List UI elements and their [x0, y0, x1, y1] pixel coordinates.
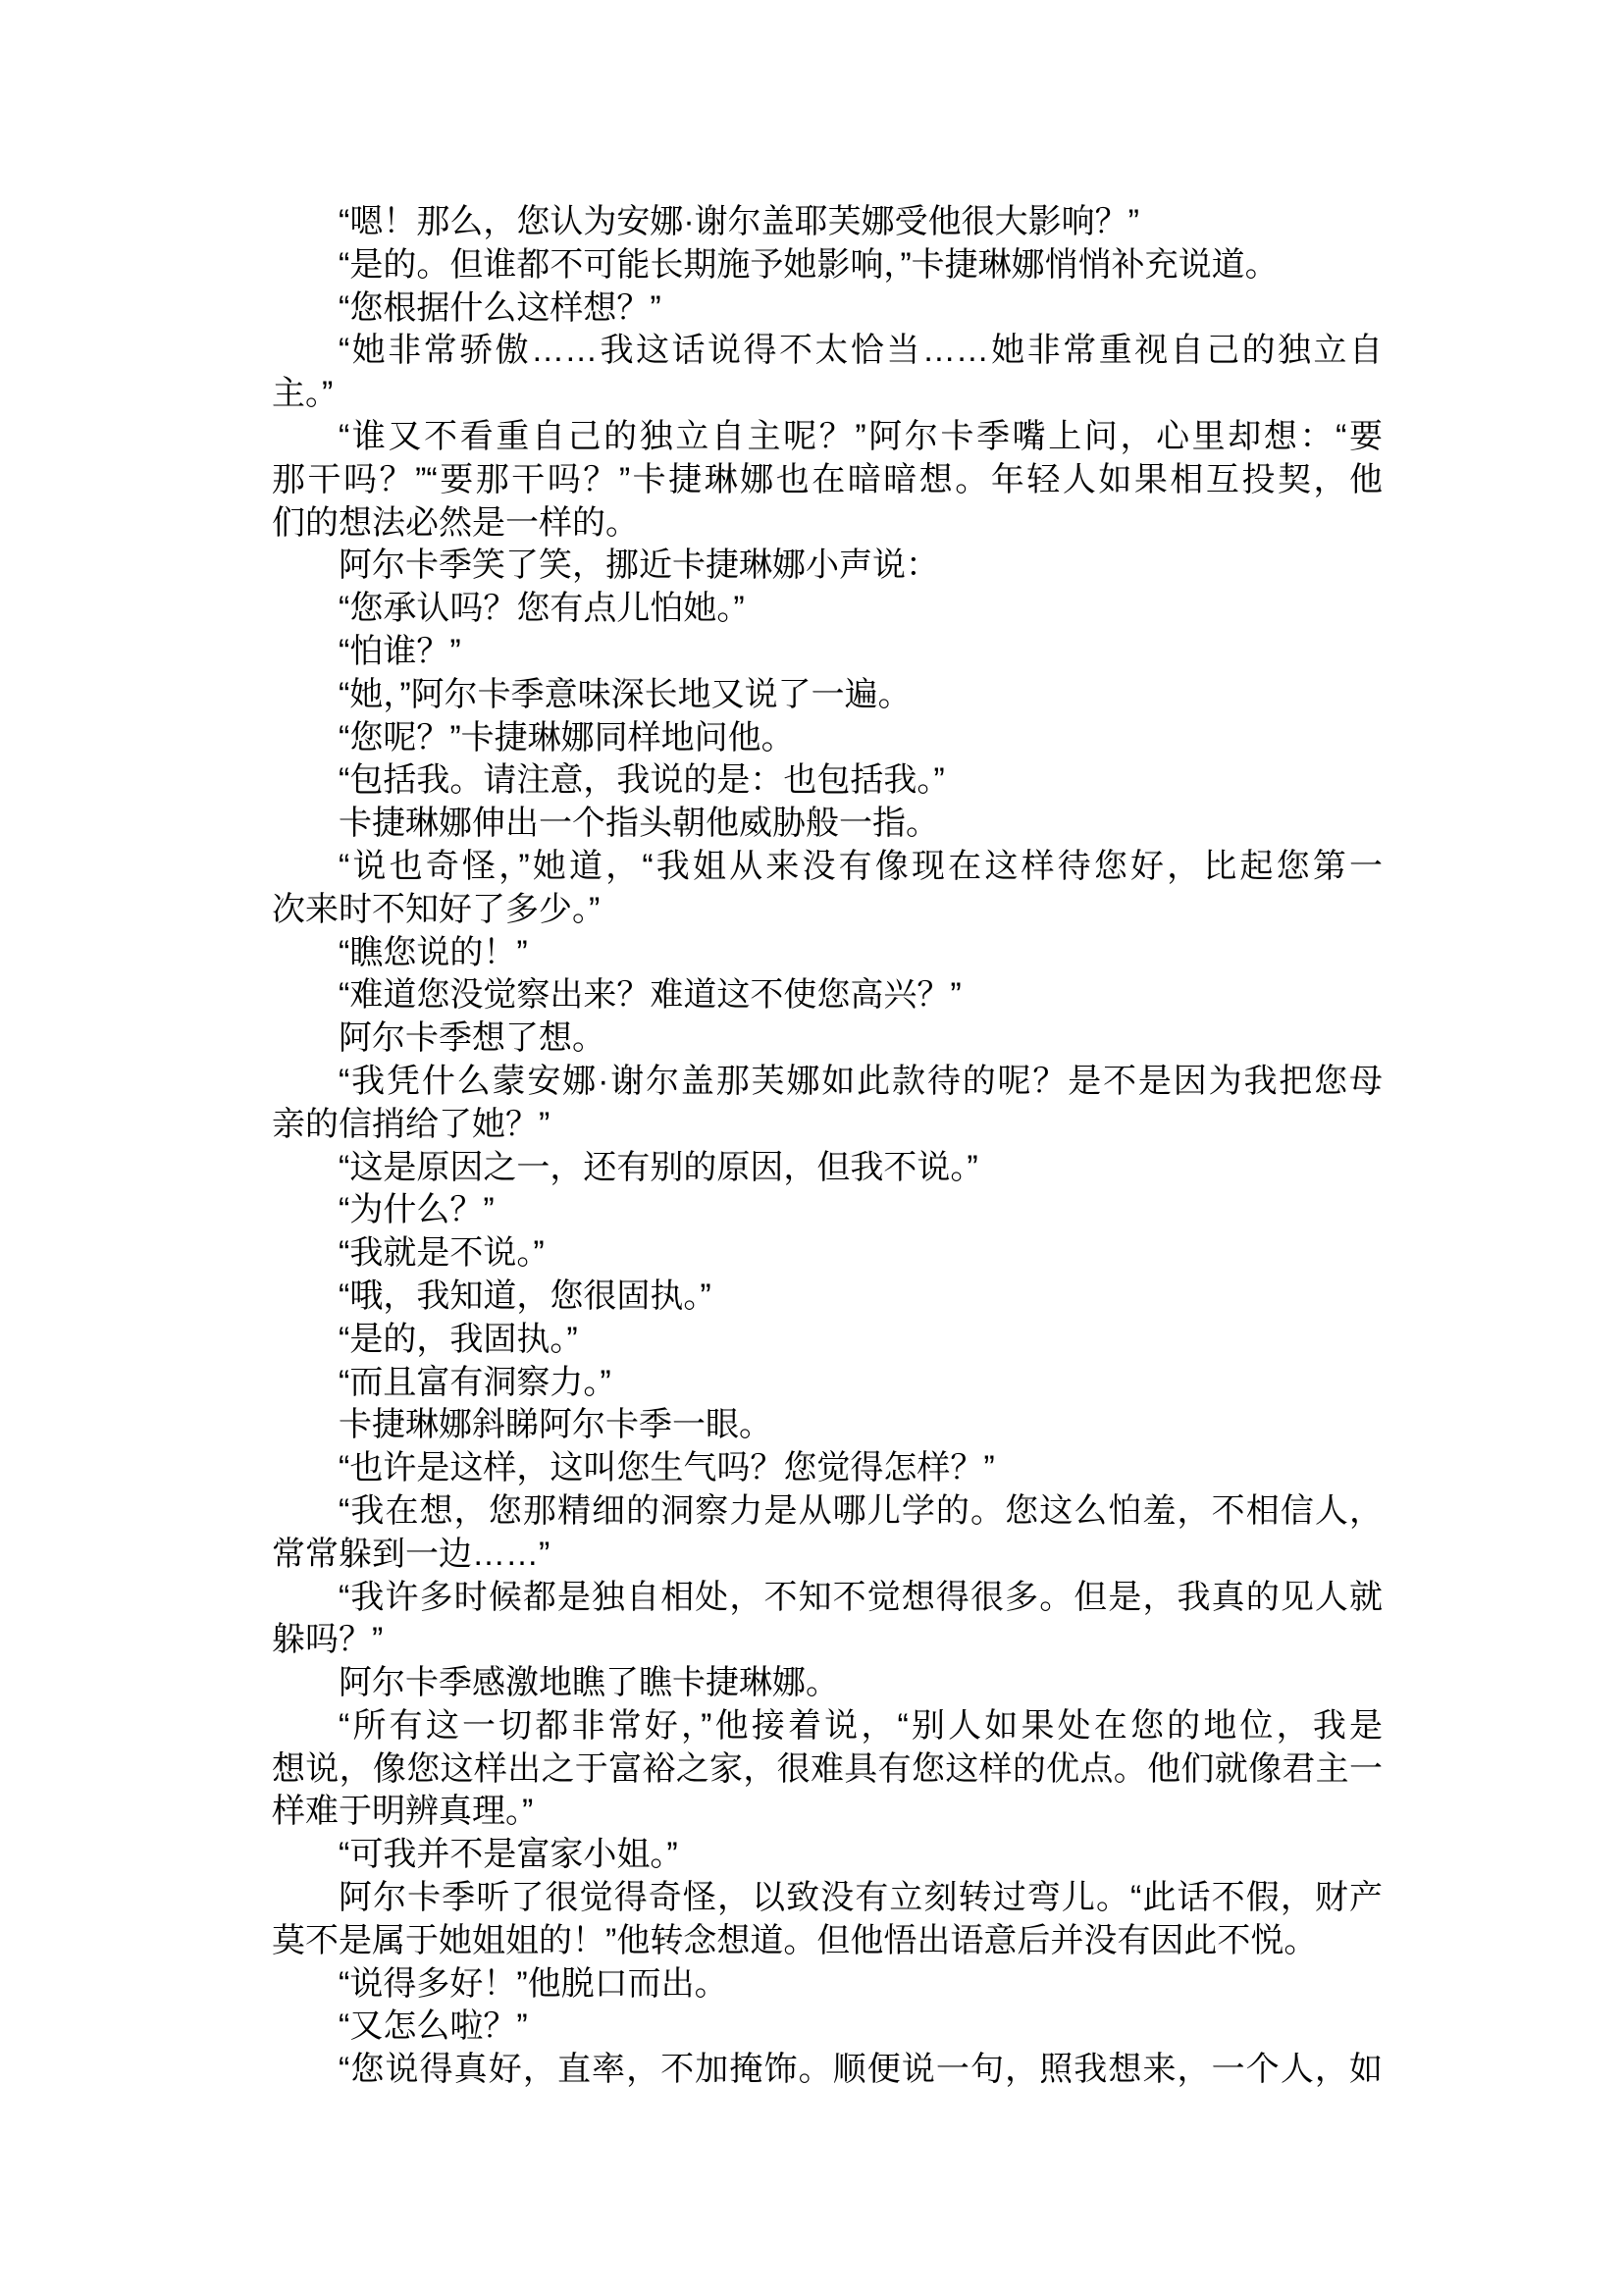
- text-line: “谁又不看重自己的独立自主呢？”阿尔卡季嘴上问，心里却想：“要: [272, 416, 1383, 459]
- text-line: 阿尔卡季笑了笑，挪近卡捷琳娜小声说：: [272, 545, 1383, 588]
- text-line: 躲吗？”: [272, 1619, 1383, 1662]
- text-line: 常常躲到一边……”: [272, 1534, 1383, 1577]
- text-line: 主。”: [272, 373, 1383, 416]
- text-line: “瞧您说的！”: [272, 932, 1383, 975]
- text-line: “是的。但谁都不可能长期施予她影响，”卡捷琳娜悄悄补充说道。: [272, 244, 1383, 287]
- text-line: 阿尔卡季听了很觉得奇怪，以致没有立刻转过弯儿。“此话不假，财产: [272, 1877, 1383, 1920]
- text-line: “这是原因之一，还有别的原因，但我不说。”: [272, 1147, 1383, 1190]
- text-line: 次来时不知好了多少。”: [272, 889, 1383, 932]
- text-line: 想说，像您这样出之于富裕之家，很难具有您这样的优点。他们就像君主一: [272, 1748, 1383, 1792]
- book-page: “嗯！那么，您认为安娜·谢尔盖耶芙娜受他很大影响？”“是的。但谁都不可能长期施予…: [0, 0, 1624, 2294]
- text-line: “她，”阿尔卡季意味深长地又说了一遍。: [272, 674, 1383, 717]
- text-line: 卡捷琳娜伸出一个指头朝他威胁般一指。: [272, 803, 1383, 846]
- text-line: 样难于明辨真理。”: [272, 1791, 1383, 1834]
- text-line: 莫不是属于她姐姐的！”他转念想道。但他悟出语意后并没有因此不悦。: [272, 1920, 1383, 1963]
- text-line: “说得多好！”他脱口而出。: [272, 1963, 1383, 2007]
- text-line: “是的，我固执。”: [272, 1319, 1383, 1362]
- text-line: “哦，我知道，您很固执。”: [272, 1276, 1383, 1319]
- text-line: “为什么？”: [272, 1189, 1383, 1232]
- text-line: 那干吗？”“要那干吗？”卡捷琳娜也在暗暗想。年轻人如果相互投契，他: [272, 459, 1383, 502]
- text-line: “也许是这样，这叫您生气吗？您觉得怎样？”: [272, 1447, 1383, 1490]
- text-line: “您根据什么这样想？”: [272, 287, 1383, 331]
- text-line: “可我并不是富家小姐。”: [272, 1834, 1383, 1877]
- text-line: “又怎么啦？”: [272, 2006, 1383, 2049]
- text-line: 们的想法必然是一样的。: [272, 502, 1383, 546]
- text-line: “嗯！那么，您认为安娜·谢尔盖耶芙娜受他很大影响？”: [272, 201, 1383, 244]
- text-line: “她非常骄傲……我这话说得不太恰当……她非常重视自己的独立自: [272, 330, 1383, 373]
- text-line: 亲的信捎给了她？”: [272, 1104, 1383, 1147]
- text-line: “所有这一切都非常好，”他接着说，“别人如果处在您的地位，我是: [272, 1705, 1383, 1748]
- text-block: “嗯！那么，您认为安娜·谢尔盖耶芙娜受他很大影响？”“是的。但谁都不可能长期施予…: [272, 201, 1383, 2092]
- text-line: 卡捷琳娜斜睇阿尔卡季一眼。: [272, 1404, 1383, 1447]
- text-line: 阿尔卡季想了想。: [272, 1017, 1383, 1061]
- text-line: “我就是不说。”: [272, 1232, 1383, 1276]
- text-line: “您说得真好，直率，不加掩饰。顺便说一句，照我想来，一个人，如: [272, 2049, 1383, 2092]
- text-line: “难道您没觉察出来？难道这不使您高兴？”: [272, 974, 1383, 1017]
- text-line: “说也奇怪，”她道，“我姐从来没有像现在这样待您好，比起您第一: [272, 846, 1383, 889]
- text-line: “您呢？”卡捷琳娜同样地问他。: [272, 717, 1383, 760]
- text-line: “我凭什么蒙安娜·谢尔盖那芙娜如此款待的呢？是不是因为我把您母: [272, 1061, 1383, 1104]
- text-line: “怕谁？”: [272, 631, 1383, 674]
- text-line: “我在想，您那精细的洞察力是从哪儿学的。您这么怕羞，不相信人，: [272, 1490, 1383, 1534]
- text-line: “而且富有洞察力。”: [272, 1362, 1383, 1405]
- text-line: “您承认吗？您有点儿怕她。”: [272, 588, 1383, 631]
- text-line: “包括我。请注意，我说的是：也包括我。”: [272, 759, 1383, 803]
- text-line: 阿尔卡季感激地瞧了瞧卡捷琳娜。: [272, 1662, 1383, 1705]
- text-line: “我许多时候都是独自相处，不知不觉想得很多。但是，我真的见人就: [272, 1577, 1383, 1620]
